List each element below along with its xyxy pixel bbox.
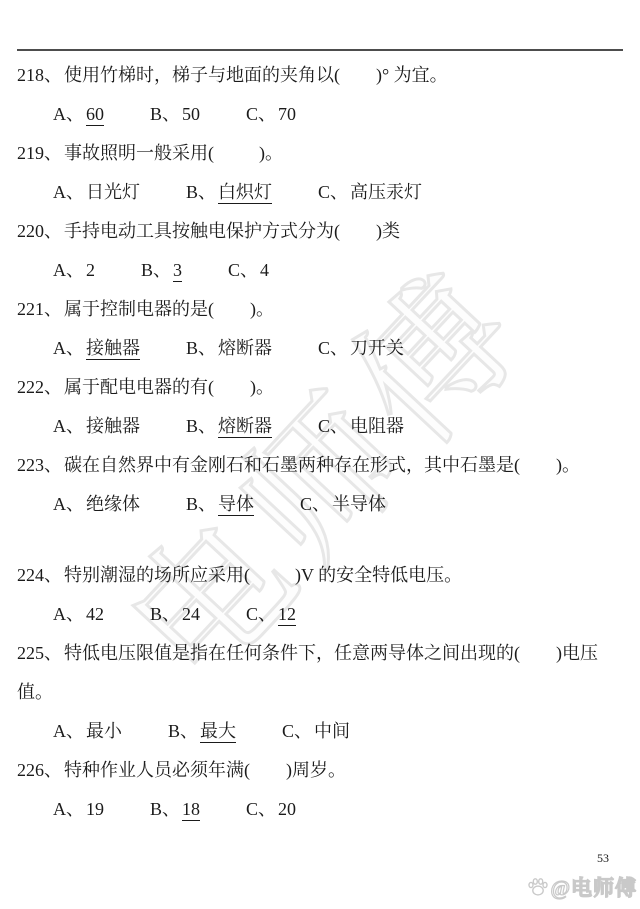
- option-a: A、绝缘体: [53, 485, 140, 524]
- question-line: 223、碳在自然界中有金刚石和石墨两种存在形式，其中石墨是( )。: [17, 446, 622, 485]
- option-label: A、: [53, 799, 84, 819]
- option-answer: 4: [260, 260, 269, 280]
- question-text: 碳在自然界中有金刚石和石墨两种存在形式，其中石墨是( )。: [64, 455, 580, 475]
- option-answer: 24: [182, 604, 200, 624]
- question-text: 特种作业人员必须年满( )周岁。: [64, 760, 346, 780]
- option-a: A、60: [53, 95, 104, 134]
- option-b: B、白炽灯: [186, 173, 272, 212]
- option-answer: 最大: [200, 721, 236, 743]
- option-answer: 刀开关: [350, 338, 404, 358]
- option-answer: 半导体: [332, 494, 386, 514]
- option-answer: 42: [86, 604, 104, 624]
- option-answer: 3: [173, 260, 182, 282]
- option-answer: 2: [86, 260, 95, 280]
- question-number: 218、: [17, 65, 62, 85]
- paw-icon: [527, 877, 549, 897]
- option-b: B、最大: [168, 712, 236, 751]
- question-text: 特低电压限值是指在任何条件下，任意两导体之间出现的( )电压: [64, 643, 598, 663]
- option-label: A、: [53, 604, 84, 624]
- option-label: C、: [246, 104, 276, 124]
- option-b: B、熔断器: [186, 407, 272, 446]
- question-number: 220、: [17, 221, 62, 241]
- option-label: C、: [282, 721, 312, 741]
- option-answer: 19: [86, 799, 104, 819]
- option-label: C、: [246, 799, 276, 819]
- question-226: 226、特种作业人员必须年满( )周岁。 A、19 B、18 C、20: [17, 751, 622, 829]
- option-label: B、: [141, 260, 171, 280]
- option-answer: 20: [278, 799, 296, 819]
- question-list: 218、使用竹梯时，梯子与地面的夹角以( )° 为宜。 A、60 B、50 C、…: [17, 56, 622, 829]
- option-b: B、3: [141, 251, 182, 290]
- option-a: A、42: [53, 595, 104, 634]
- footer-watermark-text: @电师傅: [550, 872, 637, 902]
- option-answer: 绝缘体: [86, 494, 140, 514]
- option-label: C、: [228, 260, 258, 280]
- question-text: 手持电动工具按触电保护方式分为( )类: [64, 221, 400, 241]
- option-label: B、: [150, 604, 180, 624]
- option-label: A、: [53, 338, 84, 358]
- option-a: A、最小: [53, 712, 122, 751]
- question-line: 219、事故照明一般采用( )。: [17, 134, 622, 173]
- question-number: 219、: [17, 143, 62, 163]
- option-c: C、12: [246, 595, 296, 634]
- footer-watermark: @电师傅: [527, 872, 637, 902]
- option-answer: 电阻器: [350, 416, 404, 436]
- option-answer: 熔断器: [218, 338, 272, 358]
- option-answer: 中间: [314, 721, 350, 741]
- option-b: B、50: [150, 95, 200, 134]
- option-answer: 高压汞灯: [350, 182, 422, 202]
- question-224: 224、特别潮湿的场所应采用( )V 的安全特低电压。 A、42 B、24 C、…: [17, 556, 622, 634]
- option-b: B、熔断器: [186, 329, 272, 368]
- option-label: A、: [53, 494, 84, 514]
- option-answer: 12: [278, 604, 296, 626]
- question-line: 218、使用竹梯时，梯子与地面的夹角以( )° 为宜。: [17, 56, 622, 95]
- question-number: 221、: [17, 299, 62, 319]
- option-a: A、19: [53, 790, 104, 829]
- option-label: A、: [53, 182, 84, 202]
- option-a: A、2: [53, 251, 95, 290]
- question-number: 225、: [17, 643, 62, 663]
- question-line: 220、手持电动工具按触电保护方式分为( )类: [17, 212, 622, 251]
- option-label: C、: [318, 416, 348, 436]
- question-line: 225、特低电压限值是指在任何条件下，任意两导体之间出现的( )电压: [17, 634, 622, 673]
- options-row: A、接触器 B、熔断器 C、刀开关: [17, 329, 622, 368]
- question-number: 226、: [17, 760, 62, 780]
- options-row: A、日光灯 B、白炽灯 C、高压汞灯: [17, 173, 622, 212]
- question-number: 224、: [17, 565, 62, 585]
- question-text: 使用竹梯时，梯子与地面的夹角以( )° 为宜。: [64, 65, 448, 85]
- option-c: C、20: [246, 790, 296, 829]
- option-label: A、: [53, 416, 84, 436]
- option-answer: 60: [86, 104, 104, 126]
- options-row: A、60 B、50 C、70: [17, 95, 622, 134]
- blank-gap: [17, 524, 622, 556]
- option-label: A、: [53, 721, 84, 741]
- option-b: B、18: [150, 790, 200, 829]
- options-row: A、最小 B、最大 C、中间: [17, 712, 622, 751]
- question-number: 222、: [17, 377, 62, 397]
- question-219: 219、事故照明一般采用( )。 A、日光灯 B、白炽灯 C、高压汞灯: [17, 134, 622, 212]
- header-rule: [17, 49, 623, 51]
- option-label: C、: [246, 604, 276, 624]
- question-text: 特别潮湿的场所应采用( )V 的安全特低电压。: [64, 565, 462, 585]
- question-text: 属于控制电器的是( )。: [64, 299, 274, 319]
- option-a: A、接触器: [53, 329, 140, 368]
- question-225: 225、特低电压限值是指在任何条件下，任意两导体之间出现的( )电压 值。 A、…: [17, 634, 622, 751]
- option-c: C、刀开关: [318, 329, 404, 368]
- option-c: C、电阻器: [318, 407, 404, 446]
- document-page: 电师傅 218、使用竹梯时，梯子与地面的夹角以( )° 为宜。 A、60 B、5…: [0, 0, 640, 909]
- option-label: C、: [300, 494, 330, 514]
- question-line: 221、属于控制电器的是( )。: [17, 290, 622, 329]
- question-line: 222、属于配电电器的有( )。: [17, 368, 622, 407]
- question-line: 224、特别潮湿的场所应采用( )V 的安全特低电压。: [17, 556, 622, 595]
- question-221: 221、属于控制电器的是( )。 A、接触器 B、熔断器 C、刀开关: [17, 290, 622, 368]
- option-label: A、: [53, 104, 84, 124]
- question-218: 218、使用竹梯时，梯子与地面的夹角以( )° 为宜。 A、60 B、50 C、…: [17, 56, 622, 134]
- options-row: A、19 B、18 C、20: [17, 790, 622, 829]
- option-label: B、: [186, 338, 216, 358]
- option-answer: 导体: [218, 494, 254, 516]
- option-label: B、: [168, 721, 198, 741]
- option-label: B、: [150, 799, 180, 819]
- option-b: B、24: [150, 595, 200, 634]
- question-continuation: 值。: [17, 673, 622, 712]
- option-answer: 熔断器: [218, 416, 272, 438]
- option-answer: 70: [278, 104, 296, 124]
- question-number: 223、: [17, 455, 62, 475]
- option-answer: 接触器: [86, 416, 140, 436]
- option-a: A、接触器: [53, 407, 140, 446]
- option-answer: 白炽灯: [218, 182, 272, 204]
- options-row: A、42 B、24 C、12: [17, 595, 622, 634]
- option-c: C、4: [228, 251, 269, 290]
- option-label: C、: [318, 338, 348, 358]
- option-c: C、高压汞灯: [318, 173, 422, 212]
- option-label: A、: [53, 260, 84, 280]
- option-answer: 最小: [86, 721, 122, 741]
- options-row: A、接触器 B、熔断器 C、电阻器: [17, 407, 622, 446]
- option-b: B、导体: [186, 485, 254, 524]
- question-223: 223、碳在自然界中有金刚石和石墨两种存在形式，其中石墨是( )。 A、绝缘体 …: [17, 446, 622, 524]
- question-line: 226、特种作业人员必须年满( )周岁。: [17, 751, 622, 790]
- option-answer: 18: [182, 799, 200, 821]
- option-a: A、日光灯: [53, 173, 140, 212]
- option-c: C、70: [246, 95, 296, 134]
- options-row: A、2 B、3 C、4: [17, 251, 622, 290]
- option-label: B、: [150, 104, 180, 124]
- option-c: C、半导体: [300, 485, 386, 524]
- options-row: A、绝缘体 B、导体 C、半导体: [17, 485, 622, 524]
- option-c: C、中间: [282, 712, 350, 751]
- question-text: 属于配电电器的有( )。: [64, 377, 274, 397]
- option-label: B、: [186, 182, 216, 202]
- question-220: 220、手持电动工具按触电保护方式分为( )类 A、2 B、3 C、4: [17, 212, 622, 290]
- option-label: B、: [186, 494, 216, 514]
- question-222: 222、属于配电电器的有( )。 A、接触器 B、熔断器 C、电阻器: [17, 368, 622, 446]
- question-text: 事故照明一般采用( )。: [64, 143, 283, 163]
- page-number: 53: [597, 851, 609, 865]
- option-answer: 接触器: [86, 338, 140, 360]
- option-answer: 日光灯: [86, 182, 140, 202]
- option-label: B、: [186, 416, 216, 436]
- option-label: C、: [318, 182, 348, 202]
- option-answer: 50: [182, 104, 200, 124]
